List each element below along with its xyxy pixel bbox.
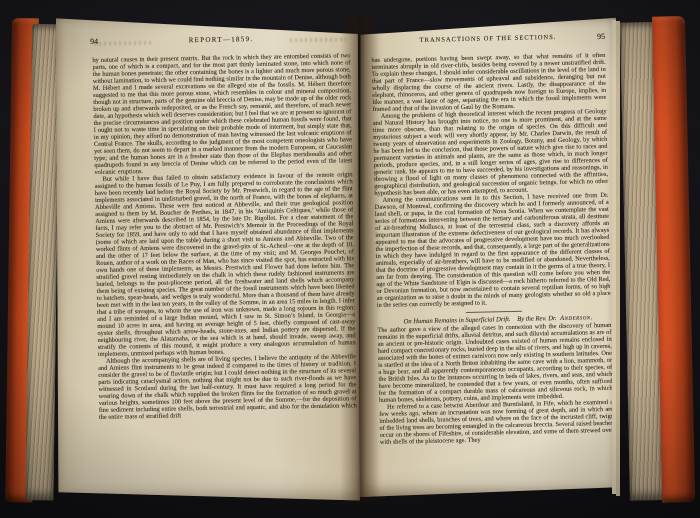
paragraph: by natural causes in their present matri… [92, 52, 352, 176]
page-edges-left [25, 24, 60, 500]
page-step-right [616, 21, 620, 496]
paragraph: Among the problems of high theoretical i… [373, 108, 609, 197]
paragraph: The author gave a view of the alleged ca… [377, 322, 613, 404]
paragraph: Although the accompanying shells are of … [98, 353, 357, 421]
show-through-smudge [94, 41, 152, 46]
page-number-left: 94 [90, 37, 98, 46]
right-running-head-row: TRANSACTIONS OF THE SECTIONS. 95 [371, 33, 605, 51]
page-number-right: 95 [597, 32, 605, 41]
paragraph: has undergone, portions having been swep… [371, 52, 606, 113]
book-photo: 94 REPORT—1859. by natural causes in the… [0, 0, 700, 518]
left-running-head-row: 94 REPORT—1859. [92, 33, 350, 51]
paragraph: But while I have thus failed to obtain s… [95, 171, 356, 358]
show-through-smudge [290, 37, 346, 42]
section-divider-rule [466, 311, 522, 313]
paragraph: He referred to a case betwixt Aberdour a… [379, 399, 614, 446]
left-page: 94 REPORT—1859. by natural causes in the… [56, 14, 360, 502]
left-page-text-block: 94 REPORT—1859. by natural causes in the… [92, 33, 357, 421]
right-page: TRANSACTIONS OF THE SECTIONS. 95 has und… [360, 14, 616, 498]
paragraph: Among the communications sent in to this… [374, 192, 610, 309]
left-page-body: by natural causes in their present matri… [92, 52, 357, 421]
running-head-right: TRANSACTIONS OF THE SECTIONS. [371, 33, 605, 45]
right-page-text-block: TRANSACTIONS OF THE SECTIONS. 95 has und… [371, 33, 614, 446]
section-author: Anderson. [560, 314, 593, 322]
right-page-body: has undergone, portions having been swep… [371, 52, 613, 446]
section-byline: By the Rev. Dr. [517, 315, 556, 323]
